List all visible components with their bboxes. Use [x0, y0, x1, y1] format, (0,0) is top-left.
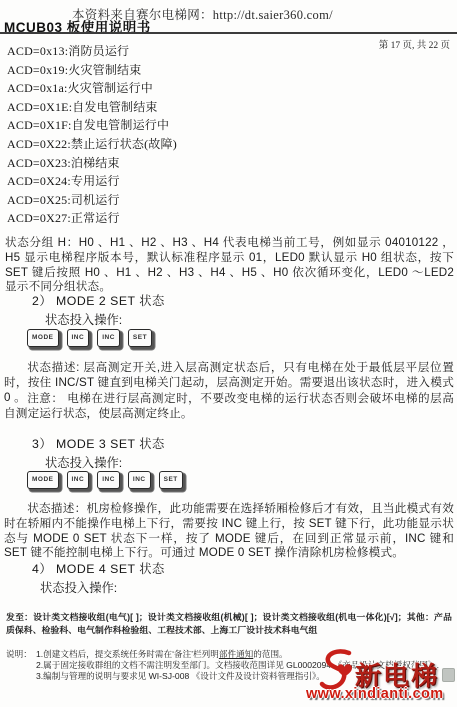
- mode-key: MODE: [27, 329, 59, 347]
- acd-item: ACD=0X27:正常运行: [7, 209, 177, 228]
- title-divider: [0, 32, 457, 34]
- acd-code-list: ACD=0x13:消防员运行 ACD=0x19:火灾管制结束 ACD=0x1a:…: [7, 42, 177, 228]
- note1-underlined: 部件通知: [219, 649, 253, 659]
- stamp-square: [442, 668, 455, 682]
- mode2-note: 注意： 电梯在进行层高测定时，不要改变电梯的运行状态否则会破坏电梯的层高自测定运…: [4, 392, 454, 422]
- inc-key: INC: [67, 471, 90, 489]
- acd-item: ACD=0X23:泊梯结束: [7, 154, 177, 173]
- mode-key: MODE: [27, 471, 59, 489]
- page-indicator: 第 17 页, 共 22 页: [379, 37, 450, 51]
- mode4-heading: 4） MODE 4 SET 状态: [32, 559, 165, 577]
- set-key: SET: [128, 329, 152, 347]
- mode2-key-sequence: MODE INC INC SET: [27, 329, 160, 347]
- acd-item: ACD=0X1E:自发电管制结束: [7, 98, 177, 117]
- mode4-operation-label: 状态投入操作:: [40, 578, 117, 596]
- mode3-description: 状态描述：机房检修操作，此功能需要在选择轿厢检修后才有效，且当此模式有效时在轿厢…: [4, 502, 454, 561]
- inc-key: INC: [97, 471, 120, 489]
- footer-distribution: 发至：设计类文档接收组(电气)[ ]；设计类文档接收组(机械)[ ]；设计类文档…: [6, 611, 452, 636]
- mode2-heading: 2） MODE 2 SET 状态: [32, 291, 165, 309]
- inc-key: INC: [128, 471, 151, 489]
- note1-pre: 1.创建文档后，提交系统任务时需在‘备注’栏列明: [36, 649, 219, 659]
- inc-key: INC: [97, 329, 120, 347]
- set-key: SET: [159, 471, 183, 489]
- acd-item: ACD=0X1F:自发电管制运行中: [7, 116, 177, 135]
- xindianti-logo: 新电梯 www.xindianti.com: [303, 646, 455, 704]
- status-group-paragraph: 状态分组 H：H0 、H1 、H2 、H3 、H4 代表电梯当前工号，例如显示 …: [5, 236, 454, 295]
- mode3-key-sequence: MODE INC INC INC SET: [27, 471, 191, 489]
- acd-item: ACD=0X22:禁止运行状态(故障): [7, 135, 177, 154]
- acd-item: ACD=0x1a:火灾管制运行中: [7, 79, 177, 98]
- mode3-operation-label: 状态投入操作:: [45, 453, 122, 471]
- acd-item: ACD=0x19:火灾管制结束: [7, 61, 177, 80]
- mode2-operation-label: 状态投入操作:: [45, 310, 122, 328]
- notes-label: 说明：: [6, 649, 32, 660]
- note1-post: 的范围。: [253, 649, 287, 659]
- inc-key: INC: [67, 329, 90, 347]
- acd-item: ACD=0x13:消防员运行: [7, 42, 177, 61]
- brand-url: www.xindianti.com: [306, 686, 444, 702]
- acd-item: ACD=0X25:司机运行: [7, 191, 177, 210]
- mode3-heading: 3） MODE 3 SET 状态: [32, 434, 165, 452]
- acd-item: ACD=0X24:专用运行: [7, 172, 177, 191]
